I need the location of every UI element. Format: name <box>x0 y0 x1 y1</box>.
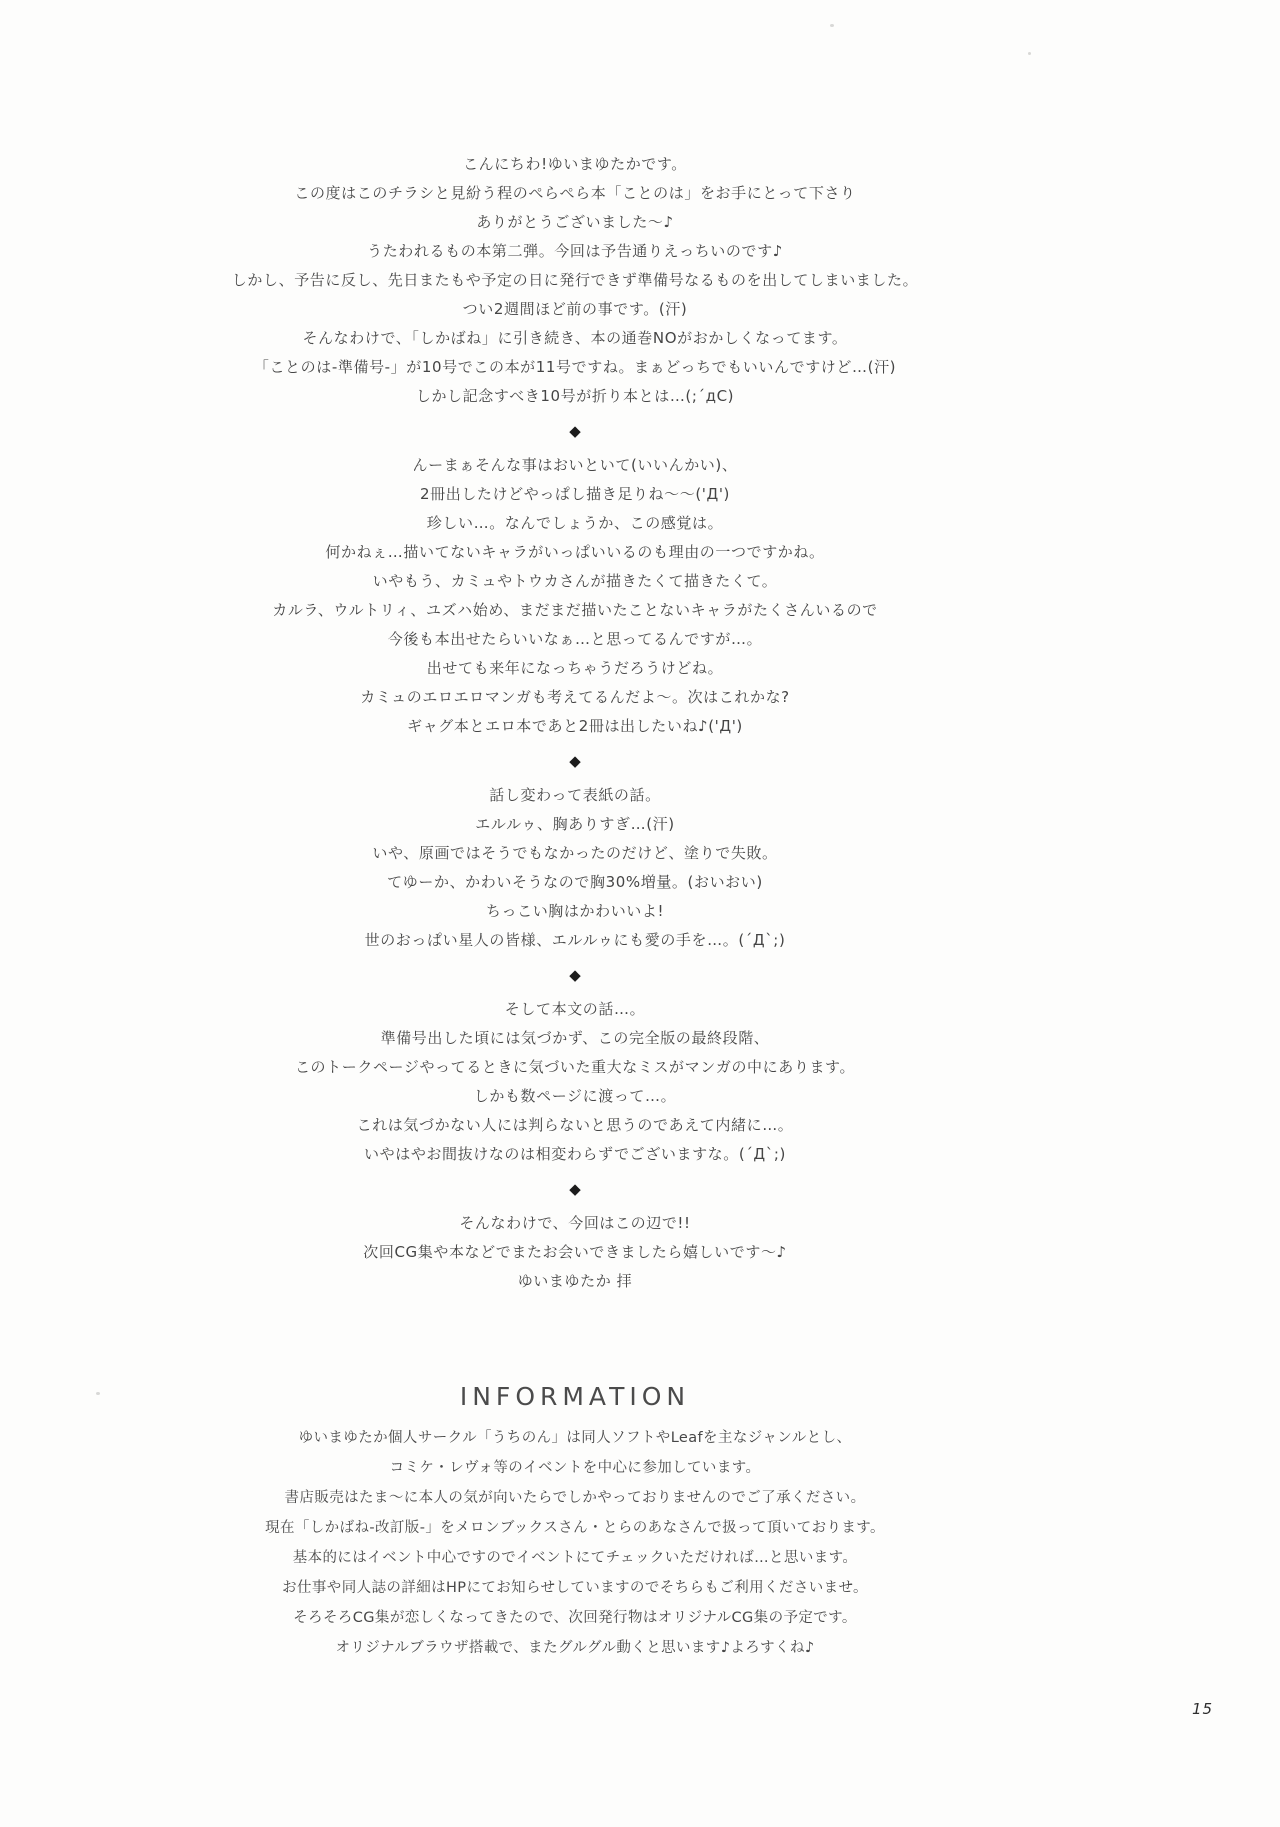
information-line: オリジナルブラウザ搭載で、またグルグル動くと思います♪よろすくね♪ <box>140 1633 1010 1663</box>
afterword-line: ありがとうございました〜♪ <box>140 208 1010 237</box>
afterword-line: 準備号出した頃には気づかず、この完全版の最終段階、 <box>140 1024 1010 1053</box>
information-line: 書店販売はたま〜に本人の気が向いたらでしかやっておりませんのでご了承ください。 <box>140 1483 1010 1513</box>
afterword-line: そんなわけで、今回はこの辺で!! <box>140 1209 1010 1238</box>
afterword-line: ギャグ本とエロ本であと2冊は出したいね♪('Д') <box>140 712 1010 741</box>
section-separator-diamond-icon: ◆ <box>140 955 1010 995</box>
afterword-line: しかも数ページに渡って…。 <box>140 1082 1010 1111</box>
afterword-line: 世のおっぱい星人の皆様、エルルゥにも愛の手を…。(´Д`;) <box>140 926 1010 955</box>
afterword-line: カミュのエロエロマンガも考えてるんだよ〜。次はこれかな? <box>140 683 1010 712</box>
afterword-text-block: こんにちわ!ゆいまゆたかです。この度はこのチラシと見紛う程のぺらぺら本「ことのは… <box>140 150 1010 1296</box>
information-line: そろそろCG集が恋しくなってきたので、次回発行物はオリジナルCG集の予定です。 <box>140 1603 1010 1633</box>
afterword-line: これは気づかない人には判らないと思うのであえて内緒に…。 <box>140 1111 1010 1140</box>
information-title: INFORMATION <box>140 1382 1010 1411</box>
page-number: 15 <box>1192 1700 1213 1718</box>
afterword-line: 話し変わって表紙の話。 <box>140 781 1010 810</box>
afterword-line: 今後も本出せたらいいなぁ…と思ってるんですが…。 <box>140 625 1010 654</box>
scan-speck <box>96 1392 100 1395</box>
afterword-line: しかし記念すべき10号が折り本とは…(;´дC) <box>140 382 1010 411</box>
information-line: 基本的にはイベント中心ですのでイベントにてチェックいただければ…と思います。 <box>140 1543 1010 1573</box>
information-section: INFORMATION ゆいまゆたか個人サークル「うちのん」は同人ソフトやLea… <box>140 1382 1010 1663</box>
information-line: 現在「しかばね-改訂版-」をメロンブックスさん・とらのあなさんで扱って頂いており… <box>140 1513 1010 1543</box>
afterword-line: てゆーか、かわいそうなので胸30%増量。(おいおい) <box>140 868 1010 897</box>
afterword-line: 何かねぇ…描いてないキャラがいっぱいいるのも理由の一つですかね。 <box>140 538 1010 567</box>
afterword-line: つい2週間ほど前の事です。(汗) <box>140 295 1010 324</box>
afterword-line: しかし、予告に反し、先日またもや予定の日に発行できず準備号なるものを出してしまい… <box>140 266 1010 295</box>
afterword-line: うたわれるもの本第二弾。今回は予告通りえっちいのです♪ <box>140 237 1010 266</box>
afterword-line: いやもう、カミュやトウカさんが描きたくて描きたくて。 <box>140 567 1010 596</box>
section-separator-diamond-icon: ◆ <box>140 1169 1010 1209</box>
afterword-line: ちっこい胸はかわいいよ! <box>140 897 1010 926</box>
information-text-block: ゆいまゆたか個人サークル「うちのん」は同人ソフトやLeafを主なジャンルとし、コ… <box>140 1423 1010 1663</box>
afterword-line: 2冊出したけどやっぱし描き足りね〜〜('Д') <box>140 480 1010 509</box>
afterword-line: いやはやお間抜けなのは相変わらずでございますな。(´Д`;) <box>140 1140 1010 1169</box>
afterword-line: カルラ、ウルトリィ、ユズハ始め、まだまだ描いたことないキャラがたくさんいるので <box>140 596 1010 625</box>
information-line: お仕事や同人誌の詳細はHPにてお知らせしていますのでそちらもご利用くださいませ。 <box>140 1573 1010 1603</box>
afterword-line: このトークページやってるときに気づいた重大なミスがマンガの中にあります。 <box>140 1053 1010 1082</box>
afterword-line: 珍しい…。なんでしょうか、この感覚は。 <box>140 509 1010 538</box>
section-separator-diamond-icon: ◆ <box>140 741 1010 781</box>
afterword-line: 次回CG集や本などでまたお会いできましたら嬉しいです〜♪ <box>140 1238 1010 1267</box>
information-line: ゆいまゆたか個人サークル「うちのん」は同人ソフトやLeafを主なジャンルとし、 <box>140 1423 1010 1453</box>
afterword-line: 「ことのは-準備号-」が10号でこの本が11号ですね。まぁどっちでもいいんですけ… <box>140 353 1010 382</box>
afterword-line: そんなわけで、「しかばね」に引き続き、本の通巻NOがおかしくなってます。 <box>140 324 1010 353</box>
section-separator-diamond-icon: ◆ <box>140 411 1010 451</box>
afterword-line: ゆいまゆたか 拝 <box>140 1267 1010 1296</box>
scan-speck <box>1028 52 1031 55</box>
scan-speck <box>830 24 834 27</box>
afterword-line: こんにちわ!ゆいまゆたかです。 <box>140 150 1010 179</box>
scanned-doujinshi-page: こんにちわ!ゆいまゆたかです。この度はこのチラシと見紛う程のぺらぺら本「ことのは… <box>0 0 1280 1827</box>
afterword-line: んーまぁそんな事はおいといて(いいんかい)、 <box>140 451 1010 480</box>
information-line: コミケ・レヴォ等のイベントを中心に参加しています。 <box>140 1453 1010 1483</box>
afterword-line: いや、原画ではそうでもなかったのだけど、塗りで失敗。 <box>140 839 1010 868</box>
afterword-line: そして本文の話…。 <box>140 995 1010 1024</box>
afterword-line: エルルゥ、胸ありすぎ…(汗) <box>140 810 1010 839</box>
afterword-line: この度はこのチラシと見紛う程のぺらぺら本「ことのは」をお手にとって下さり <box>140 179 1010 208</box>
afterword-line: 出せても来年になっちゃうだろうけどね。 <box>140 654 1010 683</box>
